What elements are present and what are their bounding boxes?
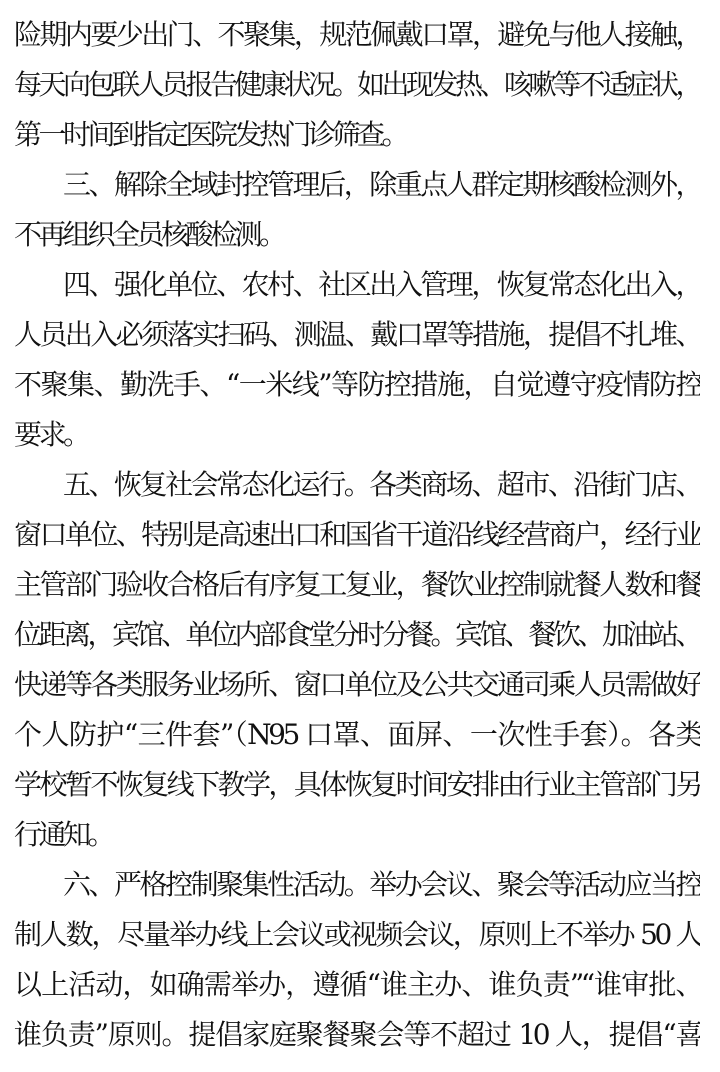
text-line: 位距离，宾馆、单位内部食堂分时分餐。宾馆、餐饮、加油站、 [14,610,700,660]
text-line: 制人数，尽量举办线上会议或视频会议，原则上不举办 50 人 [14,910,700,960]
document-page: 险期内要少出门、不聚集，规范佩戴口罩，避免与他人接触，每天向包联人员报告健康状况… [0,0,720,1072]
text-line: 人员出入必须落实扫码、测温、戴口罩等措施，提倡不扎堆、 [14,310,700,360]
text-line: 行通知。 [14,810,700,860]
text-line: 五、恢复社会常态化运行。各类商场、超市、沿街门店、 [14,460,700,510]
text-line: 以上活动，如确需举办，遵循“谁主办、谁负责”“谁审批、 [14,960,700,1010]
text-line: 主管部门验收合格后有序复工复业，餐饮业控制就餐人数和餐 [14,560,700,610]
text-line: 险期内要少出门、不聚集，规范佩戴口罩，避免与他人接触， [14,10,700,60]
text-line: 六、严格控制聚集性活动。举办会议、聚会等活动应当控 [14,860,700,910]
text-line: 四、强化单位、农村、社区出入管理，恢复常态化出入， [14,260,700,310]
text-line: 第一时间到指定医院发热门诊筛查。 [14,110,700,160]
text-line: 快递等各类服务业场所、窗口单位及公共交通司乘人员需做好 [14,660,700,710]
text-line: 三、解除全域封控管理后，除重点人群定期核酸检测外， [14,160,700,210]
text-line: 每天向包联人员报告健康状况。如出现发热、咳嗽等不适症状， [14,60,700,110]
text-line: 窗口单位、特别是高速出口和国省干道沿线经营商户，经行业 [14,510,700,560]
text-line: 个人防护“三件套”（N95 口罩、面屏、一次性手套）。各类 [14,710,700,760]
text-line: 不再组织全员核酸检测。 [14,210,700,260]
text-line: 学校暂不恢复线下教学，具体恢复时间安排由行业主管部门另 [14,760,700,810]
text-line: 要求。 [14,410,700,460]
text-line: 不聚集、勤洗手、“一米线”等防控措施，自觉遵守疫情防控 [14,360,700,410]
text-line: 谁负责”原则。提倡家庭聚餐聚会等不超过 10 人，提倡“喜 [14,1010,700,1060]
